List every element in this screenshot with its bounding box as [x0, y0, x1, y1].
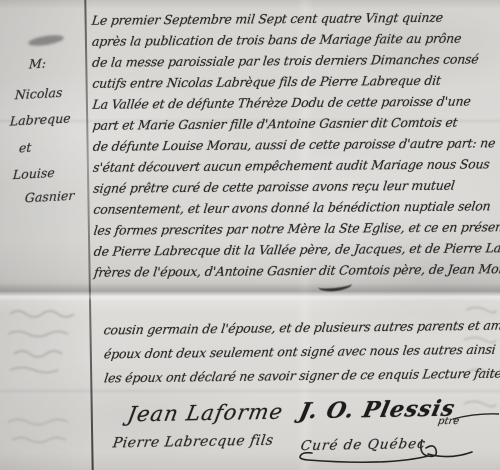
closing-line: les époux ont déclaré ne savoir signer d… — [103, 362, 500, 391]
fold-crease — [0, 283, 500, 301]
signature-flourish — [288, 438, 478, 470]
bleed-through-marks-left — [6, 300, 86, 380]
act-body-paragraph: Le premier Septembre mil Sept cent quatr… — [92, 6, 500, 283]
signature-witness-2: Pierre Labrecque fils — [112, 433, 275, 452]
manuscript-page: M: Nicolas Labreque et Louise Gasnier Le… — [0, 0, 500, 470]
signature-witness-1: Jean Laforme — [126, 400, 286, 427]
margin-note-word: Louise — [13, 165, 56, 182]
bleed-through-marks-bottom-left — [4, 412, 94, 452]
faint-crease-lower — [0, 388, 500, 394]
signature-priest: J. O. Plessis — [297, 396, 458, 425]
signature-trailing-stroke — [452, 410, 500, 422]
act-closing-paragraph: cousin germain de l'épouse, et de plusie… — [104, 314, 500, 391]
margin-note-word: Labreque — [9, 110, 71, 128]
margin-note-word: Gasnier — [25, 188, 75, 206]
margin-note-word: M: — [29, 56, 47, 72]
ink-smudge — [28, 33, 65, 48]
margin-note-word: Nicolas — [15, 85, 63, 102]
act-line: frères de l'époux, d'Antoine Gasnier dit… — [93, 258, 500, 283]
margin-note-word: et — [19, 140, 32, 156]
